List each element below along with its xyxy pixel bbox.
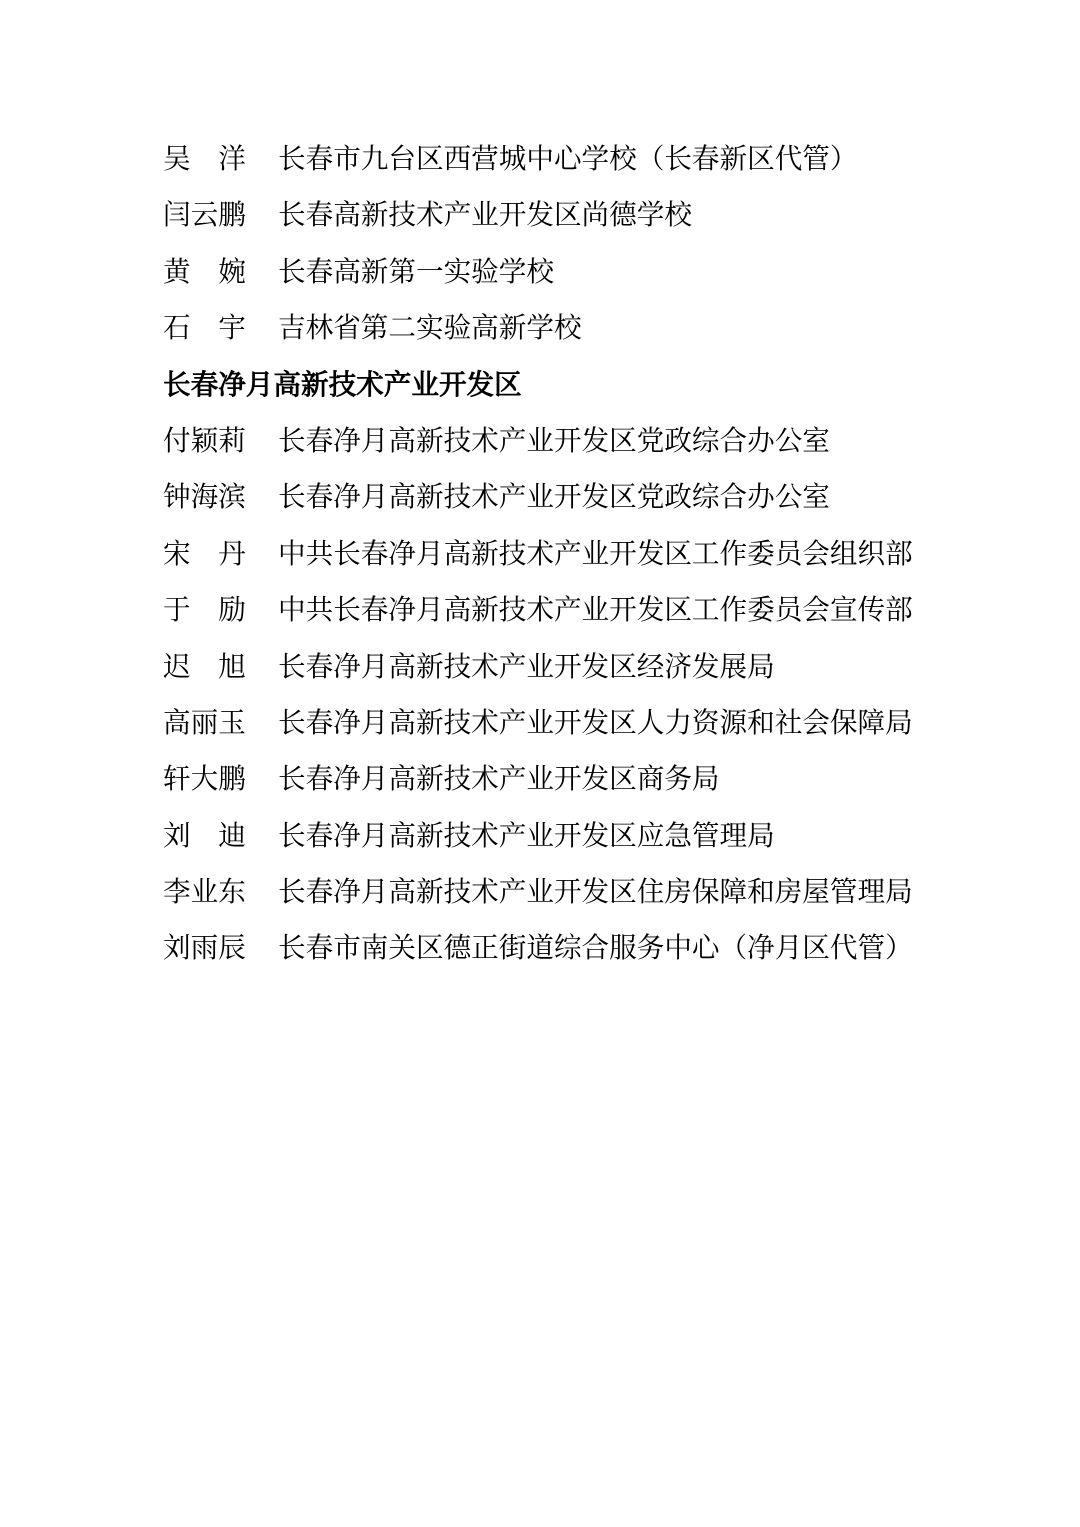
list-item: 钟海滨长春净月高新技术产业开发区党政综合办公室 [163, 469, 1080, 525]
organization-name: 中共长春净月高新技术产业开发区工作委员会组织部 [278, 526, 913, 582]
section-title: 长春净月高新技术产业开发区 [163, 369, 522, 400]
list-item: 宋 丹中共长春净月高新技术产业开发区工作委员会组织部 [163, 526, 1080, 582]
document-page: 吴 洋长春市九台区西营城中心学校（长春新区代管） 闫云鹏长春高新技术产业开发区尚… [0, 0, 1080, 1527]
person-name: 刘雨辰 [163, 920, 278, 976]
list-item: 吴 洋长春市九台区西营城中心学校（长春新区代管） [163, 131, 1080, 187]
organization-name: 长春高新第一实验学校 [278, 244, 554, 300]
organization-name: 长春市九台区西营城中心学校（长春新区代管） [278, 131, 857, 187]
organization-name: 长春市南关区德正街道综合服务中心（净月区代管） [278, 920, 913, 976]
list-item: 轩大鹏长春净月高新技术产业开发区商务局 [163, 751, 1080, 807]
person-name: 李业东 [163, 864, 278, 920]
list-item: 闫云鹏长春高新技术产业开发区尚德学校 [163, 187, 1080, 243]
list-item: 于 励中共长春净月高新技术产业开发区工作委员会宣传部 [163, 582, 1080, 638]
person-name: 吴 洋 [163, 131, 278, 187]
list-item: 付颖莉长春净月高新技术产业开发区党政综合办公室 [163, 413, 1080, 469]
person-name: 宋 丹 [163, 526, 278, 582]
list-item: 迟 旭长春净月高新技术产业开发区经济发展局 [163, 639, 1080, 695]
person-name: 付颖莉 [163, 413, 278, 469]
person-name: 钟海滨 [163, 469, 278, 525]
list-item: 石 宇吉林省第二实验高新学校 [163, 300, 1080, 356]
organization-name: 中共长春净月高新技术产业开发区工作委员会宣传部 [278, 582, 913, 638]
person-name: 高丽玉 [163, 695, 278, 751]
organization-name: 长春净月高新技术产业开发区商务局 [278, 751, 720, 807]
organization-name: 长春净月高新技术产业开发区党政综合办公室 [278, 469, 830, 525]
list-item: 黄 婉长春高新第一实验学校 [163, 244, 1080, 300]
person-name: 闫云鹏 [163, 187, 278, 243]
roster-list: 吴 洋长春市九台区西营城中心学校（长春新区代管） 闫云鹏长春高新技术产业开发区尚… [163, 131, 1080, 977]
list-item: 刘 迪长春净月高新技术产业开发区应急管理局 [163, 808, 1080, 864]
section-header: 长春净月高新技术产业开发区 [163, 357, 1080, 413]
organization-name: 长春净月高新技术产业开发区人力资源和社会保障局 [278, 695, 913, 751]
organization-name: 长春高新技术产业开发区尚德学校 [278, 187, 692, 243]
organization-name: 长春净月高新技术产业开发区党政综合办公室 [278, 413, 830, 469]
person-name: 迟 旭 [163, 639, 278, 695]
list-item: 高丽玉长春净月高新技术产业开发区人力资源和社会保障局 [163, 695, 1080, 751]
person-name: 石 宇 [163, 300, 278, 356]
person-name: 轩大鹏 [163, 751, 278, 807]
list-item: 李业东长春净月高新技术产业开发区住房保障和房屋管理局 [163, 864, 1080, 920]
person-name: 于 励 [163, 582, 278, 638]
person-name: 刘 迪 [163, 808, 278, 864]
person-name: 黄 婉 [163, 244, 278, 300]
organization-name: 吉林省第二实验高新学校 [278, 300, 582, 356]
organization-name: 长春净月高新技术产业开发区住房保障和房屋管理局 [278, 864, 913, 920]
organization-name: 长春净月高新技术产业开发区经济发展局 [278, 639, 775, 695]
list-item: 刘雨辰长春市南关区德正街道综合服务中心（净月区代管） [163, 920, 1080, 976]
organization-name: 长春净月高新技术产业开发区应急管理局 [278, 808, 775, 864]
